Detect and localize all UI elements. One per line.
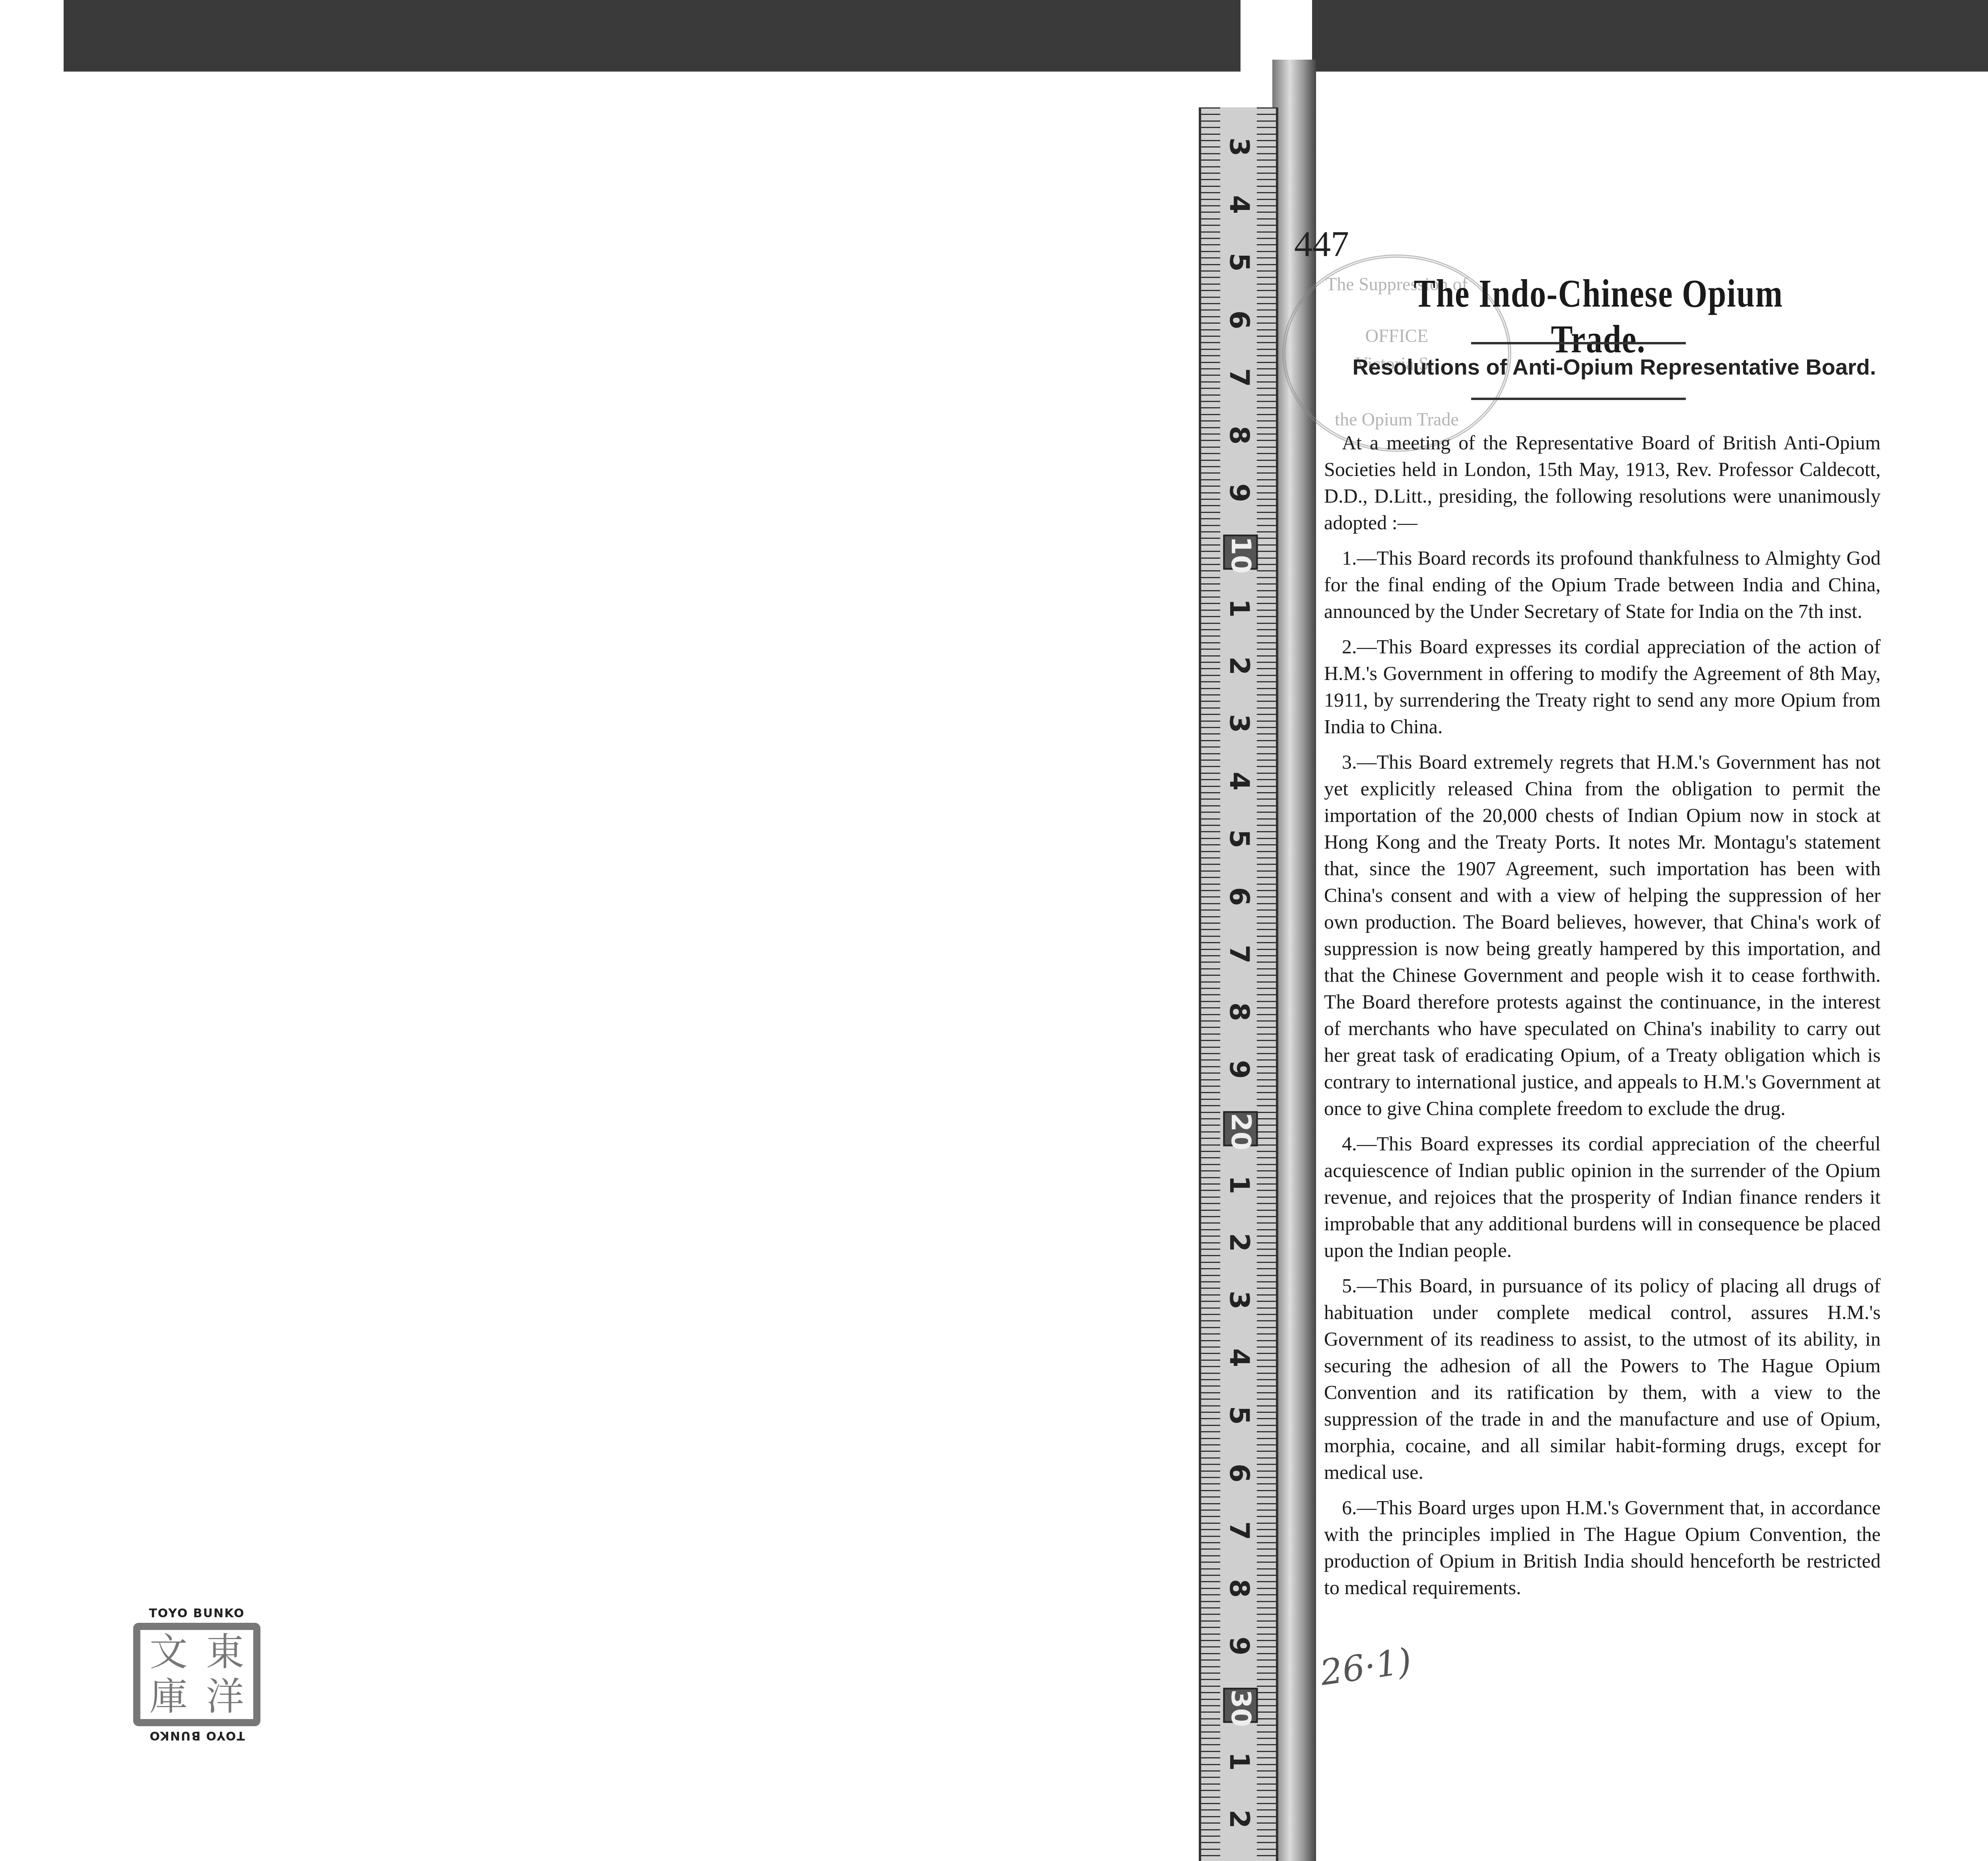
seal-glyph: 洋 [197,1675,253,1719]
seal-glyph: 庫 [140,1675,197,1719]
ruler-label: 8 [1223,1573,1255,1605]
seal-glyph: 文 [140,1630,197,1675]
ruler-label: 7 [1223,938,1255,970]
toyo-bunko-logo-bottom: TOYO BUNKO 文 東 庫 洋 TOYO BUNKO [129,1607,264,1743]
ruler-label: 8 [1223,996,1255,1028]
ruler-label: 5 [1223,1400,1255,1432]
ruler-label: 8 [1223,420,1255,451]
handwritten-note: 26·1) [1318,1640,1414,1693]
ruler-label: 6 [1223,1457,1255,1489]
ruler-label: 6 [1223,881,1255,913]
resolution-6: 6.—This Board urges upon H.M.'s Governme… [1324,1494,1881,1601]
resolution-1: 1.—This Board records its profound thank… [1324,545,1881,625]
intro-paragraph: At a meeting of the Representative Board… [1324,429,1881,536]
ruler-label: 4 [1223,765,1255,797]
scanner-band-right [1312,0,1988,72]
ruler-label: 4 [1223,1342,1255,1374]
ruler-label: 1 [1223,592,1255,624]
page-number: 447 [1294,223,1349,265]
ruler-label: 9 [1223,477,1255,509]
ruler-label: 5 [1223,247,1255,278]
document-body: At a meeting of the Representative Board… [1324,429,1881,1610]
ruler-ticks-right [1257,107,1276,1861]
ruler-label: 9 [1223,1630,1255,1662]
left-blank-page [0,72,1217,1861]
resolution-2: 2.—This Board expresses its cordial appr… [1324,633,1881,740]
ruler-label: 9 [1223,1054,1255,1086]
title-rule [1471,342,1686,344]
resolution-5: 5.—This Board, in pursuance of its polic… [1324,1272,1881,1486]
stamp-text: the Opium Trade [1285,409,1508,430]
ruler-label: 2 [1223,1803,1255,1835]
ruler-label: 30 [1223,1688,1258,1723]
ruler-label: 3 [1223,1284,1255,1316]
ruler-label: 2 [1223,650,1255,682]
logo-caption-flipped: TOYO BUNKO [129,1729,264,1743]
logo-caption: TOYO BUNKO [129,1607,264,1620]
subtitle-rule [1471,398,1686,400]
document-subtitle: Resolutions of Anti-Opium Representative… [1320,354,1908,380]
resolution-3: 3.—This Board extremely regrets that H.M… [1324,749,1881,1122]
ruler-label: 1 [1223,1746,1255,1777]
ruler-label: 10 [1223,535,1258,570]
measuring-ruler: 345678910123456789201234567893012 [1199,107,1278,1861]
ruler-label: 7 [1223,1515,1255,1547]
ruler-label: 1 [1223,1169,1255,1201]
ruler-label: 7 [1223,362,1255,394]
resolution-4: 4.—This Board expresses its cordial appr… [1324,1131,1881,1264]
ruler-label: 6 [1223,304,1255,336]
scanner-band-left [64,0,1241,72]
ruler-label: 5 [1223,823,1255,855]
ruler-label: 3 [1223,708,1255,740]
ruler-label: 2 [1223,1227,1255,1259]
seal-glyph: 東 [197,1630,253,1675]
seal-icon: 文 東 庫 洋 [133,1623,260,1726]
ruler-label: 20 [1223,1111,1258,1146]
ruler-label: 4 [1223,189,1255,221]
document-title: The Indo-Chinese Opium Trade. [1376,270,1820,362]
ruler-ticks-left [1201,107,1220,1861]
ruler-label: 3 [1223,131,1255,163]
